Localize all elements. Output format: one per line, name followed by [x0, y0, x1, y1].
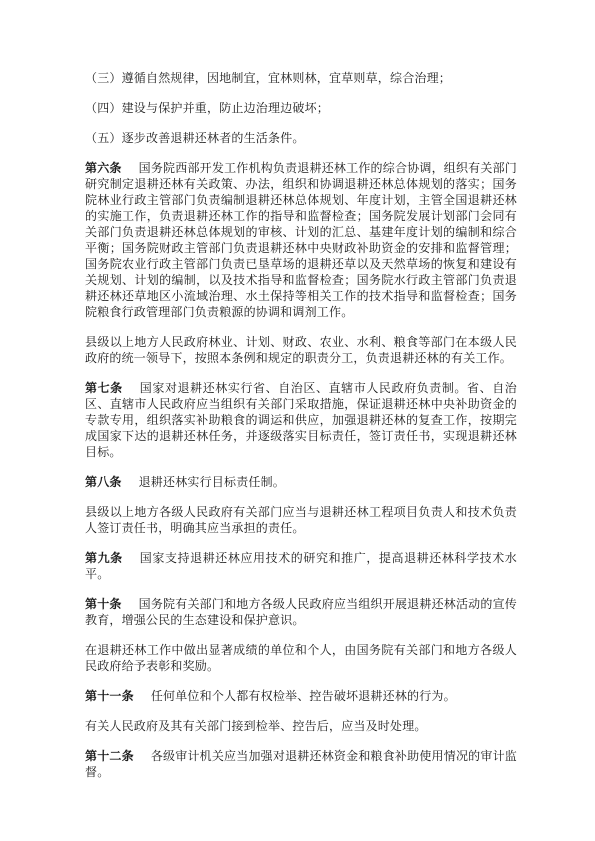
article-paragraph: 第六条国务院西部开发工作机构负责退耕还林工作的综合协调，组织有关部门研究制定退耕… — [85, 160, 517, 320]
document-page: （三）遵循自然规律，因地制宜，宜林则林，宜草则草，综合治理；（四）建设与保护并重… — [0, 0, 595, 841]
paragraph: 在退耕还林工作中做出显著成绩的单位和个人，由国务院有关部门和地方各级人民政府给予… — [85, 642, 517, 674]
article-paragraph: 第八条退耕还林实行目标责任制。 — [85, 474, 517, 490]
article-number: 第十二条 — [85, 749, 134, 763]
article-number: 第六条 — [85, 161, 122, 175]
article-number: 第八条 — [85, 475, 122, 489]
paragraph-text: 任何单位和个人都有权检举、控告破坏退耕还林的行为。 — [151, 689, 456, 703]
paragraph-text: 在退耕还林工作中做出显著成绩的单位和个人，由国务院有关部门和地方各级人民政府给予… — [85, 643, 517, 673]
paragraph: 县级以上地方各级人民政府有关部门应当与退耕还林工程项目负责人和技术负责人签订责任… — [85, 504, 517, 536]
article-number: 第十条 — [85, 597, 122, 611]
article-paragraph: 第七条国家对退耕还林实行省、自治区、直辖市人民政府负责制。省、自治区、直辖市人民… — [85, 380, 517, 460]
paragraph-text: （三）遵循自然规律，因地制宜，宜林则林，宜草则草，综合治理； — [85, 71, 451, 85]
paragraph-text: 县级以上地方各级人民政府有关部门应当与退耕还林工程项目负责人和技术负责人签订责任… — [85, 505, 517, 535]
article-paragraph: 第十一条任何单位和个人都有权检举、控告破坏退耕还林的行为。 — [85, 688, 517, 704]
paragraph: （五）逐步改善退耕还林者的生活条件。 — [85, 130, 517, 146]
paragraph-text: 退耕还林实行目标责任制。 — [139, 475, 285, 489]
paragraph-text: 各级审计机关应当加强对退耕还林资金和粮食补助使用情况的审计监督。 — [85, 749, 517, 779]
article-number: 第十一条 — [85, 689, 134, 703]
paragraph-text: 国家对退耕还林实行省、自治区、直辖市人民政府负责制。省、自治区、直辖市人民政府应… — [85, 381, 517, 459]
paragraph-text: （四）建设与保护并重，防止边治理边破坏； — [85, 101, 329, 115]
article-paragraph: 第十条国务院有关部门和地方各级人民政府应当组织开展退耕还林活动的宣传教育，增强公… — [85, 596, 517, 628]
article-paragraph: 第九条国家支持退耕还林应用技术的研究和推广，提高退耕还林科学技术水平。 — [85, 550, 517, 582]
document-body: （三）遵循自然规律，因地制宜，宜林则林，宜草则草，综合治理；（四）建设与保护并重… — [85, 70, 517, 780]
paragraph-text: 国务院有关部门和地方各级人民政府应当组织开展退耕还林活动的宣传教育，增强公民的生… — [85, 597, 517, 627]
paragraph: （四）建设与保护并重，防止边治理边破坏； — [85, 100, 517, 116]
paragraph: 县级以上地方人民政府林业、计划、财政、农业、水利、粮食等部门在本级人民政府的统一… — [85, 334, 517, 366]
paragraph: （三）遵循自然规律，因地制宜，宜林则林，宜草则草，综合治理； — [85, 70, 517, 86]
paragraph: 有关人民政府及其有关部门接到检举、控告后，应当及时处理。 — [85, 718, 517, 734]
paragraph-text: （五）逐步改善退耕还林者的生活条件。 — [85, 131, 305, 145]
article-number: 第七条 — [85, 381, 123, 395]
article-number: 第九条 — [85, 551, 123, 565]
paragraph-text: 国家支持退耕还林应用技术的研究和推广，提高退耕还林科学技术水平。 — [85, 551, 517, 581]
article-paragraph: 第十二条各级审计机关应当加强对退耕还林资金和粮食补助使用情况的审计监督。 — [85, 748, 517, 780]
paragraph-text: 国务院西部开发工作机构负责退耕还林工作的综合协调，组织有关部门研究制定退耕还林有… — [85, 161, 517, 319]
paragraph-text: 有关人民政府及其有关部门接到检举、控告后，应当及时处理。 — [85, 719, 427, 733]
paragraph-text: 县级以上地方人民政府林业、计划、财政、农业、水利、粮食等部门在本级人民政府的统一… — [85, 335, 517, 365]
